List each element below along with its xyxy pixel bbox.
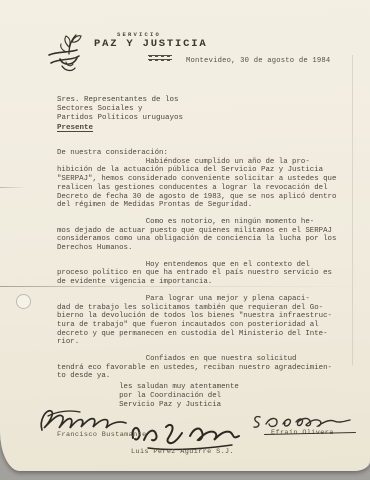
paragraph-3: Hoy entendemos que en el contexto del pr…: [57, 261, 345, 287]
letterhead-address-block: [148, 55, 172, 62]
dateline: Montevideo, 30 de agosto de 1984: [186, 57, 330, 65]
salutation: De nuestra consideración:: [57, 149, 345, 158]
scanned-letter-page: { "letterhead": { "org_line_small": "SER…: [0, 0, 370, 480]
dove-in-hands-logo-icon: [46, 28, 96, 78]
small-crease-mark: [0, 187, 26, 188]
paper-edge-line: [352, 55, 353, 365]
paragraph-4: Para lograr una mejor y plena capaci- da…: [57, 295, 345, 347]
typed-name-perez-aguirre: Luis Pérez Aguirre S.J.: [131, 448, 234, 456]
letter-body: De nuestra consideración: Habiéndose cum…: [57, 149, 345, 389]
org-name-small: SERVICIO: [117, 31, 161, 38]
address-line-graphic: [148, 59, 172, 61]
paragraph-1: Habiéndose cumplido un año de la pro- hi…: [57, 158, 345, 210]
letter-paper: SERVICIO PAZ Y JUSTICIA Montevideo, 30 d…: [0, 0, 370, 471]
paragraph-2: Como es notorio, en ningún momento he- m…: [57, 218, 345, 253]
recipient-presente: Presente: [57, 124, 93, 132]
recipient-address: Sres. Representantes de los Sectores Soc…: [57, 96, 183, 124]
paragraph-5: Confiados en que nuestra solicitud tendr…: [57, 355, 345, 381]
org-name-main: PAZ Y JUSTICIA: [94, 38, 207, 50]
address-line-graphic: [148, 55, 172, 57]
fold-crease-line: [0, 286, 370, 287]
punch-hole-mark: [16, 294, 31, 309]
typed-name-bustamante: Francisco Bustamante: [57, 431, 147, 439]
